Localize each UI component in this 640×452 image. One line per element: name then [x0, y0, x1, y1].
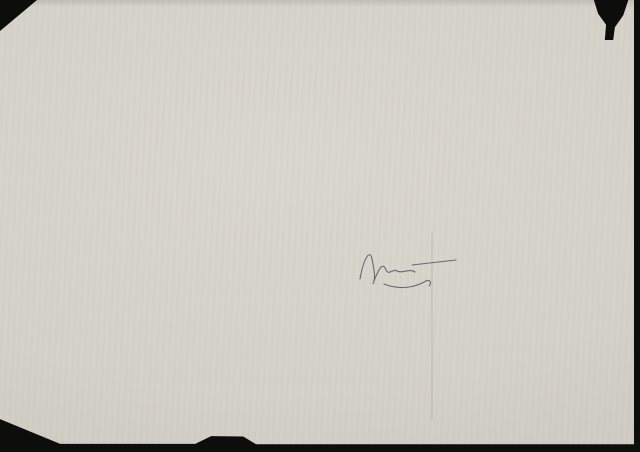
- scan-edge-right: [634, 0, 640, 452]
- paper-crease: [431, 232, 433, 420]
- scanned-page: [0, 0, 640, 452]
- paper-sheet: [0, 0, 640, 452]
- handwritten-signature: [352, 243, 464, 291]
